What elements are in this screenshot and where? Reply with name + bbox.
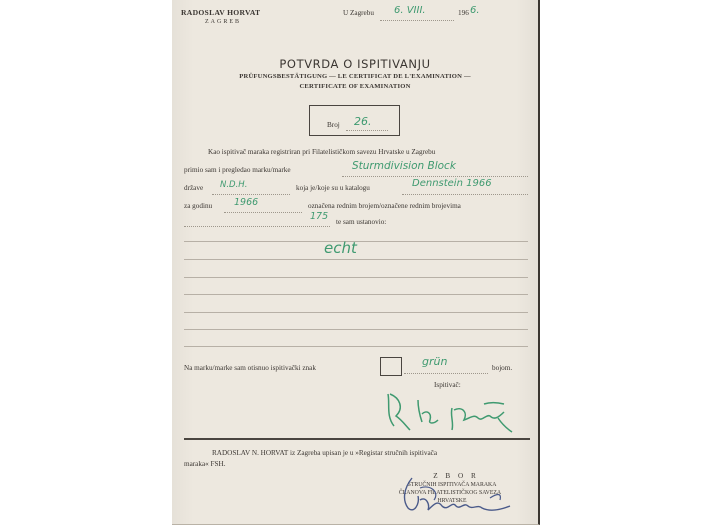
year-printed: 196 — [458, 9, 469, 17]
examiner-name-header: RADOSLAV HORVAT — [181, 8, 260, 17]
document-subtitle-line1: PRÜFUNGSBESTÄTIGUNG — LE CERTIFICAT DE L… — [172, 73, 538, 80]
number-label: Broj — [327, 121, 340, 129]
ink-color-underline — [404, 373, 488, 374]
catalog-number-label: označena rednim brojem/označene rednim b… — [308, 202, 461, 210]
stamp-description-label: primio sam i pregledao marku/marke — [184, 166, 291, 174]
catalog-underline — [402, 194, 528, 195]
finding-line-7 — [184, 346, 528, 347]
year-handwritten-digit: 6. — [470, 5, 480, 16]
date-handwritten: 6. VIII. — [394, 5, 426, 16]
stamp-description-value: Sturmdivision Block — [352, 160, 456, 172]
catalog-label: koja je/koje su u katalogu — [296, 184, 370, 192]
document-subtitle-line2: CERTIFICATE OF EXAMINATION — [172, 83, 538, 90]
registry-text-line2: maraka« FSH. — [184, 460, 226, 468]
stamp-description-underline — [342, 176, 528, 177]
mark-label: Na marku/marke sam otisnuo ispitivački z… — [184, 364, 316, 372]
certificate-number-box: Broj 26. — [309, 105, 400, 136]
state-value: N.D.H. — [220, 180, 247, 190]
finding-label: te sam ustanovio: — [336, 218, 386, 226]
finding-line-4 — [184, 294, 528, 295]
examiner-city-header: ZAGREB — [205, 19, 241, 25]
document-title: POTVRDA O ISPITIVANJU — [172, 57, 538, 71]
year-label: za godinu — [184, 202, 212, 210]
catalog-value: Dennstein 1966 — [412, 178, 492, 189]
intro-text: Kao ispitivač maraka registriran pri Fil… — [208, 148, 435, 156]
finding-line-5 — [184, 312, 528, 313]
association-signature-icon — [390, 470, 520, 520]
certificate-page: RADOSLAV HORVAT ZAGREB U Zagrebu 6. VIII… — [172, 0, 540, 525]
year-underline — [224, 212, 302, 213]
date-underline — [380, 20, 454, 21]
finding-line-3 — [184, 277, 528, 278]
catalog-number-underline — [184, 226, 330, 227]
state-underline — [212, 194, 290, 195]
finding-line-6 — [184, 329, 528, 330]
finding-value: echt — [324, 239, 357, 257]
place-label: U Zagrebu — [343, 9, 374, 17]
number-value: 26. — [354, 115, 372, 128]
mark-suffix: bojom. — [492, 364, 512, 372]
year-value: 1966 — [234, 197, 258, 208]
state-label: države — [184, 184, 203, 192]
ink-color-value: grün — [422, 355, 447, 368]
finding-line-2 — [184, 259, 528, 260]
mark-box — [380, 357, 402, 376]
examiner-signature-icon — [378, 388, 528, 434]
footer-divider — [184, 438, 530, 440]
catalog-number-value: 175 — [310, 211, 328, 222]
registry-text-line1: RADOSLAV N. HORVAT iz Zagreba upisan je … — [212, 449, 437, 457]
number-underline — [346, 130, 388, 131]
